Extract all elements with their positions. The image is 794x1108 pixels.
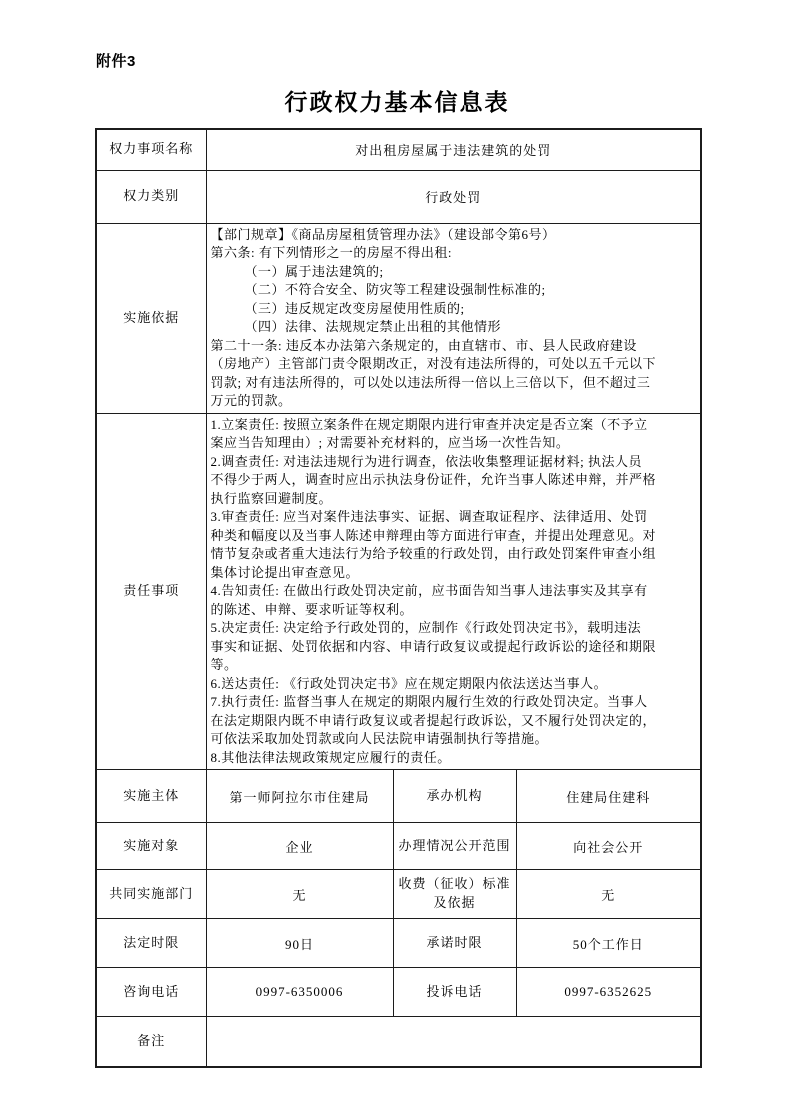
promised-time-limit-value: 50个工作日	[516, 919, 701, 968]
power-item-name-value: 对出租房屋属于违法建筑的处罚	[206, 129, 701, 170]
table-row: 权力类别 行政处罚	[96, 170, 701, 223]
remarks-value	[206, 1017, 701, 1067]
table-row: 权力事项名称 对出租房屋属于违法建筑的处罚	[96, 129, 701, 170]
fee-standard-value: 无	[516, 870, 701, 919]
joint-implementation-dept-value: 无	[206, 870, 393, 919]
implementing-body-label: 实施主体	[96, 770, 206, 823]
fee-standard-label: 收费（征收）标准及依据	[393, 870, 516, 919]
handling-agency-label: 承办机构	[393, 770, 516, 823]
power-item-name-label: 权力事项名称	[96, 129, 206, 170]
complaint-phone-label: 投诉电话	[393, 968, 516, 1017]
complaint-phone-value: 0997-6352625	[516, 968, 701, 1017]
implementation-target-label: 实施对象	[96, 823, 206, 870]
disclosure-scope-value: 向社会公开	[516, 823, 701, 870]
handling-agency-value: 住建局住建科	[516, 770, 701, 823]
table-row: 咨询电话 0997-6350006 投诉电话 0997-6352625	[96, 968, 701, 1017]
table-row: 备注	[96, 1017, 701, 1067]
page-title: 行政权力基本信息表	[0, 84, 794, 117]
attachment-label: 附件3	[96, 50, 136, 71]
table-row: 实施对象 企业 办理情况公开范围 向社会公开	[96, 823, 701, 870]
disclosure-scope-label: 办理情况公开范围	[393, 823, 516, 870]
joint-implementation-dept-label: 共同实施部门	[96, 870, 206, 919]
responsibility-items-value: 1.立案责任: 按照立案条件在规定期限内进行审查并决定是否立案（不予立 案应当告…	[206, 413, 701, 770]
power-category-value: 行政处罚	[206, 170, 701, 223]
implementation-basis-label: 实施依据	[96, 223, 206, 413]
consultation-phone-label: 咨询电话	[96, 968, 206, 1017]
power-category-label: 权力类别	[96, 170, 206, 223]
table-row: 实施依据 【部门规章】《商品房屋租赁管理办法》（建设部令第6号） 第六条: 有下…	[96, 223, 701, 413]
implementation-target-value: 企业	[206, 823, 393, 870]
consultation-phone-value: 0997-6350006	[206, 968, 393, 1017]
responsibility-items-label: 责任事项	[96, 413, 206, 770]
implementing-body-value: 第一师阿拉尔市住建局	[206, 770, 393, 823]
table-row: 责任事项 1.立案责任: 按照立案条件在规定期限内进行审查并决定是否立案（不予立…	[96, 413, 701, 770]
promised-time-limit-label: 承诺时限	[393, 919, 516, 968]
implementation-basis-value: 【部门规章】《商品房屋租赁管理办法》（建设部令第6号） 第六条: 有下列情形之一…	[206, 223, 701, 413]
info-table: 权力事项名称 对出租房屋属于违法建筑的处罚 权力类别 行政处罚 实施依据 【部门…	[95, 128, 702, 1068]
table-row: 共同实施部门 无 收费（征收）标准及依据 无	[96, 870, 701, 919]
statutory-time-limit-label: 法定时限	[96, 919, 206, 968]
table-row: 法定时限 90日 承诺时限 50个工作日	[96, 919, 701, 968]
table-row: 实施主体 第一师阿拉尔市住建局 承办机构 住建局住建科	[96, 770, 701, 823]
statutory-time-limit-value: 90日	[206, 919, 393, 968]
remarks-label: 备注	[96, 1017, 206, 1067]
